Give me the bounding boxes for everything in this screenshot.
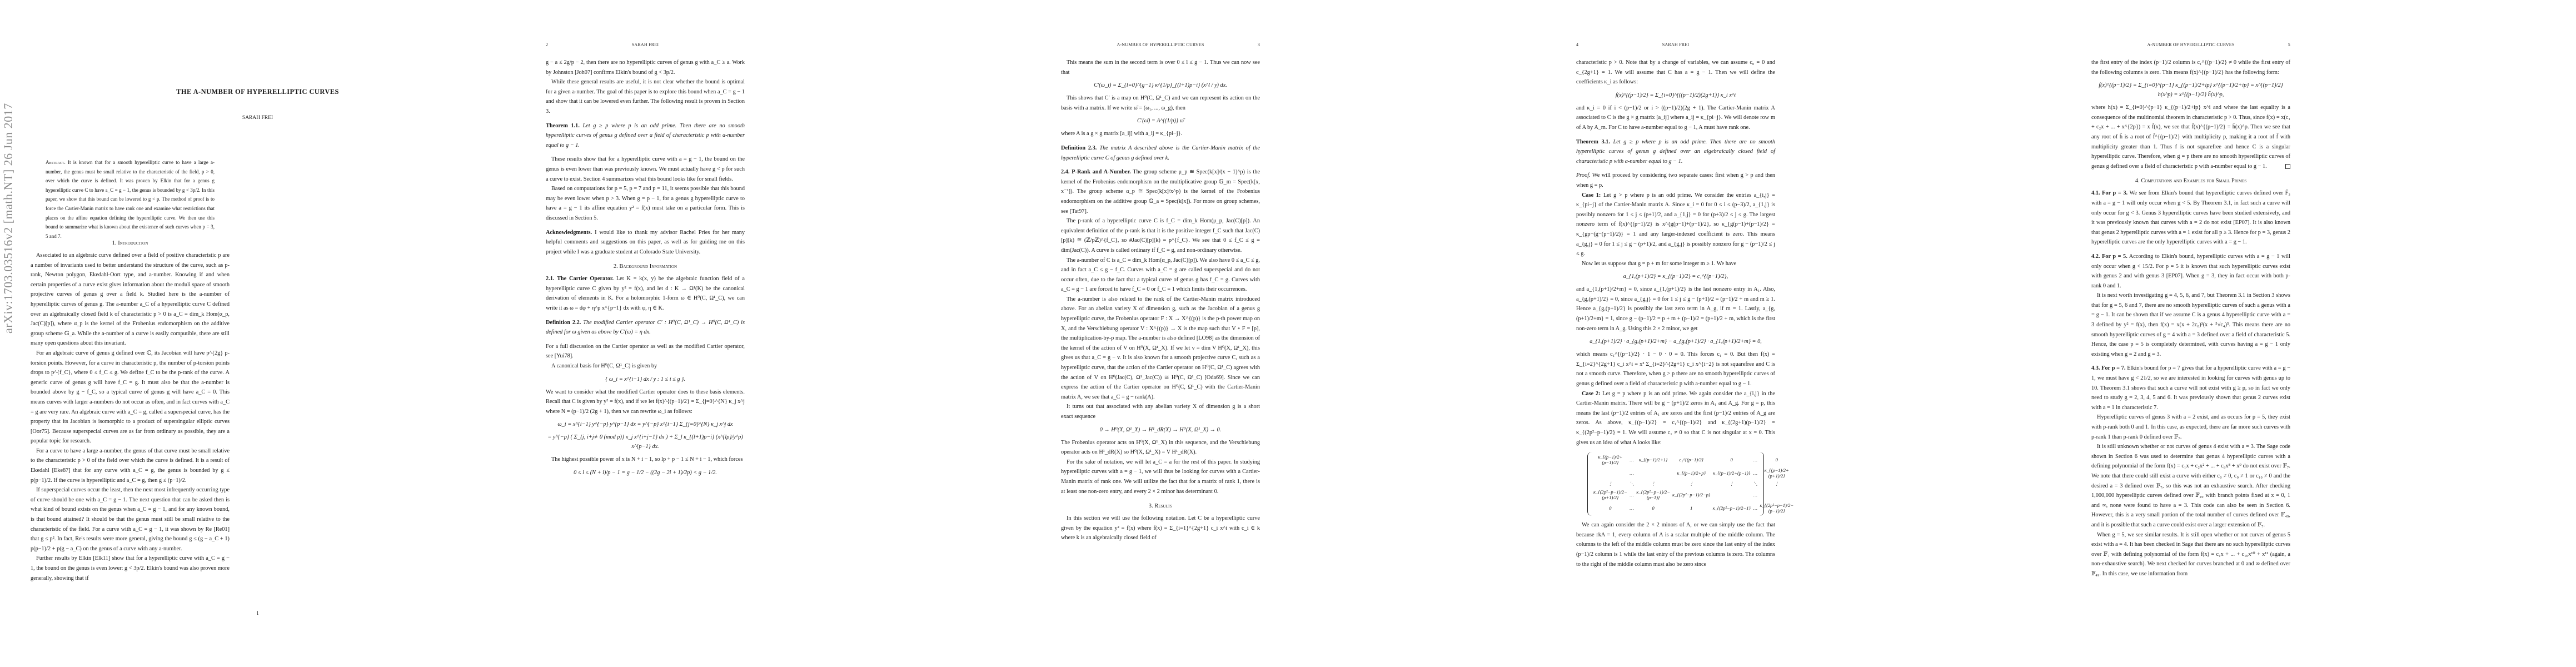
arxiv-stamp[interactable]: arXiv:1703.03516v2 [math.NT] 26 Jun 2017 — [1, 103, 16, 333]
matrix-cell: κ_{(p−1)/2+p} — [1671, 466, 1711, 480]
matrix-cell: 0 — [1592, 501, 1628, 515]
matrix-cell — [1711, 488, 1751, 501]
equation-exact-sequence: 0 → H⁰(X, Ω¹_X) → H¹_dR(X) → H⁰(X, Ω¹_X)… — [1061, 425, 1260, 435]
paragraph: the first entry of the index (p−1)/2 col… — [2091, 58, 2290, 77]
equation-cartier-action: C′(ω_i) = Σ_{l=0}^{g−1} κ^{1/p}_{(l+1)p−… — [1061, 81, 1260, 90]
matrix-row: …κ_{(p−1)/2+p}κ_{(p−1)/2+(p−1)}…κ_{(p−1)… — [1592, 466, 1795, 480]
definition-2-2: Definition 2.2. The modified Cartier ope… — [546, 318, 745, 337]
matrix-row: κ_{(p−1)/2+(p−1)/2}…κ_{(p−1)/2+1}c₁^{(p−… — [1592, 453, 1795, 466]
page-number: 3 — [1258, 42, 1260, 47]
theorem-3-1: Theorem 3.1. Let g ≥ p where p is an odd… — [1576, 137, 1775, 167]
page-3-body: This means the sum in the second term is… — [1061, 58, 1260, 543]
paragraph: where h(x) = Σ_{i=0}^{p−1} κ_{(p−1)/2+ip… — [2091, 103, 2290, 171]
subsection-label: 4.3. For p = 7. — [2091, 365, 2125, 371]
equation-bound-l: 0 ≤ l ≤ (N + i)/p − 1 = g − 1/2 − ((2g −… — [546, 468, 745, 477]
matrix-row: κ_{(2p²−p−1)/2−(p+1)/2}…κ_{(2p²−p−1)/2−(… — [1592, 488, 1795, 501]
page-1-body: 1. Introduction Associated to an algebra… — [31, 233, 230, 583]
proof-text: We will proceed by considering two separ… — [1576, 172, 1775, 188]
paragraph: When g = 5, we see similar results. It i… — [2091, 530, 2290, 579]
running-title: SARAH FREI — [546, 42, 745, 47]
paragraph: In this section we will use the followin… — [1061, 514, 1260, 543]
running-title: SARAH FREI — [1576, 42, 1775, 47]
matrix-cell: c₁^{(p−1)/2} — [1671, 453, 1711, 466]
paragraph: characteristic p > 0. Note that by a cha… — [1576, 58, 1775, 87]
case-label: Case 2: — [1582, 391, 1601, 397]
paragraph-text: where h(x) = Σ_{i=0}^{p−1} κ_{(p−1)/2+ip… — [2091, 104, 2290, 170]
matrix-cell: 1 — [1671, 501, 1711, 515]
page-2: 2 SARAH FREI g − a ≤ 2g/p − 2, then ther… — [515, 0, 1030, 667]
section-heading-computations: 4. Computations and Examples for Small P… — [2091, 178, 2290, 184]
equation-kappa-def: f(x)^{(p−1)/2} = Σ_{i=0}^{((p−1)/2)(2g+1… — [1576, 91, 1775, 100]
paragraph: We can again consider the 2 × 2 minors o… — [1576, 520, 1775, 569]
subsection-4-3: 4.3. For p = 7. Elkin's bound for p = 7 … — [2091, 364, 2290, 412]
acknowledgments: Acknowledgments. I would like to thank m… — [546, 228, 745, 257]
paragraph: If superspecial curves occur the least, … — [31, 485, 230, 554]
page-4-body: characteristic p > 0. Note that by a cha… — [1576, 58, 1775, 569]
section-heading-background: 2. Background Information — [546, 263, 745, 270]
running-head: 4 SARAH FREI — [1576, 42, 1775, 50]
matrix-cell: 0 — [1635, 501, 1671, 515]
running-title: A-NUMBER OF HYPERELLIPTIC CURVES — [2091, 42, 2290, 47]
matrix-cell: ⋮ — [1711, 480, 1751, 488]
page-1: arXiv:1703.03516v2 [math.NT] 26 Jun 2017… — [0, 0, 515, 667]
matrix-cell: ⋱ — [1752, 480, 1759, 488]
abstract-label: Abstract. — [46, 160, 66, 165]
paragraph: which means c₁^{(p−1)/2} · 1 − 0 · 0 = 0… — [1576, 350, 1775, 389]
equation-omega-line-1: ω_i = x^{i−1} y^{−p} y^{p−1} dx = y^{−p}… — [546, 420, 745, 429]
matrix-table: κ_{(p−1)/2+(p−1)/2}…κ_{(p−1)/2+1}c₁^{(p−… — [1592, 453, 1795, 515]
paragraph: The a-number is also related to the rank… — [1061, 295, 1260, 402]
matrix-cell — [1592, 466, 1628, 480]
paper-author: SARAH FREI — [0, 115, 515, 121]
subsection-cartier: 2.1. The Cartier Operator. Let K = k(x, … — [546, 274, 745, 313]
paragraph: For the sake of notation, we will let a_… — [1061, 457, 1260, 496]
theorem-1-1: Theorem 1.1. Let g ≥ p where p is an odd… — [546, 121, 745, 151]
matrix-cell: ⋮ — [1592, 480, 1628, 488]
paragraph: While these general results are useful, … — [546, 77, 745, 116]
subsection-label: 2.4. P-Rank and A-Number. — [1061, 169, 1131, 175]
proof-label: Proof. — [1576, 172, 1591, 178]
matrix-cell: … — [1752, 466, 1759, 480]
subsection-4-1: 4.1. For p = 3. We see from Elkin's boun… — [2091, 188, 2290, 247]
qed-icon — [2285, 164, 2290, 169]
equation-minor: a_{1,(p+1)/2} · a_{g,(p+1)/2+m} − a_{g,(… — [1576, 337, 1775, 346]
paragraph: It turns out that associated with any ab… — [1061, 402, 1260, 421]
definition-label: Definition 2.2. — [546, 320, 581, 326]
abstract-text: It is known that for a smooth hyperellip… — [46, 160, 215, 239]
case-label: Case 1: — [1582, 192, 1601, 198]
matrix-row: ⋮⋱⋮⋮⋮⋱⋮ — [1592, 480, 1795, 488]
paragraph: A canonical basis for H⁰(C, Ω¹_C) is giv… — [546, 361, 745, 371]
paragraph: These results show that for a hyperellip… — [546, 155, 745, 184]
ack-label: Acknowledgments. — [546, 230, 592, 236]
matrix-cell: … — [1628, 466, 1636, 480]
matrix-cell: κ_{(2p²−p−1)/2−p} — [1671, 488, 1711, 501]
paragraph: For a full discussion on the Cartier ope… — [546, 342, 745, 361]
matrix-cell: 0 — [1711, 453, 1751, 466]
case-text: Let g > p where p is an odd prime. We co… — [1576, 192, 1775, 257]
paragraph: g − a ≤ 2g/p − 2, then there are no hype… — [546, 58, 745, 77]
matrix-cell — [1758, 488, 1795, 501]
page-3: A-NUMBER OF HYPERELLIPTIC CURVES 3 This … — [1030, 0, 1546, 667]
paragraph: It is next worth investigating g = 4, 5,… — [2091, 291, 2290, 359]
theorem-label: Theorem 3.1. — [1576, 139, 1610, 145]
case-text: Let g = p where p is an odd prime. We ag… — [1576, 391, 1775, 446]
paragraph: Further results by Elkin [Elk11] show th… — [31, 554, 230, 583]
running-head: A-NUMBER OF HYPERELLIPTIC CURVES 5 — [2091, 42, 2290, 50]
paragraph: Based on computations for p = 5, p = 7 a… — [546, 184, 745, 223]
case-1: Case 1: Let g > p where p is an odd prim… — [1576, 191, 1775, 259]
paper-title: THE A-NUMBER OF HYPERELLIPTIC CURVES — [0, 88, 515, 96]
running-head: A-NUMBER OF HYPERELLIPTIC CURVES 3 — [1061, 42, 1260, 50]
subsection-text: The group scheme μ_p ≅ Spec(k[x]/(x − 1)… — [1061, 169, 1260, 214]
matrix-cell — [1635, 466, 1671, 480]
section-heading-results: 3. Results — [1061, 503, 1260, 509]
page-number: 5 — [2288, 42, 2290, 47]
paragraph: For a curve to have a large a-number, th… — [31, 446, 230, 485]
matrix-cell: κ_{(p−1)/2+(p+1)/2} — [1758, 466, 1795, 480]
matrix-cell: … — [1628, 453, 1636, 466]
equation-f-form: f(x)^{(p−1)/2} = Σ_{i=0}^{p−1} κ_{(p−1)/… — [2091, 81, 2290, 99]
subsection-label: 2.1. The Cartier Operator. — [546, 276, 614, 282]
matrix-cell: ⋮ — [1758, 480, 1795, 488]
paragraph: The a-number of C is a_C = dim_k Hom(α_p… — [1061, 256, 1260, 295]
paragraph: and κ_i = 0 if i < (p−1)/2 or i > ((p−1)… — [1576, 103, 1775, 133]
matrix-cell: κ_{(2p²−p−1)/2−(p−1)} — [1635, 488, 1671, 501]
paragraph: This means the sum in the second term is… — [1061, 58, 1260, 77]
paragraph: Hyperelliptic curves of genus 3 with a =… — [2091, 412, 2290, 442]
matrix-cell: κ_{(p−1)/2+(p−1)} — [1711, 466, 1751, 480]
paragraph: The Frobenius operator acts on H⁰(X, Ω¹_… — [1061, 438, 1260, 457]
subsection-text: Elkin's bound for p = 7 gives that for a… — [2091, 365, 2290, 410]
equation-a1: a_{1,(p+1)/2} = κ_{(p−1)/2} = c₁^{(p−1)/… — [1576, 272, 1775, 281]
paragraph: and a_{1,(p+1)/2+m} = 0, since a_{1,(p+1… — [1576, 285, 1775, 333]
matrix-cell: ⋮ — [1671, 480, 1711, 488]
matrix-row: 0…01κ_{(2p²−p−1)/2−1}…κ_{(2p²−p−1)/2−(p−… — [1592, 501, 1795, 515]
paragraph: Now let us suppose that g = p + m for so… — [1576, 259, 1775, 269]
matrix-cell: κ_{(2p²−p−1)/2−1} — [1711, 501, 1751, 515]
paragraph: The p-rank of a hyperelliptic curve C is… — [1061, 216, 1260, 255]
matrix-cell: … — [1628, 501, 1636, 515]
proof: Proof. We will proceed by considering tw… — [1576, 171, 1775, 190]
page-5: A-NUMBER OF HYPERELLIPTIC CURVES 5 the f… — [2061, 0, 2576, 667]
subsection-4-2: 4.2. For p = 5. According to Elkin's bou… — [2091, 252, 2290, 291]
subsection-prank: 2.4. P-Rank and A-Number. The group sche… — [1061, 167, 1260, 216]
paragraph: Associated to an algebraic curve defined… — [31, 251, 230, 349]
matrix-cell: κ_{(2p²−p−1)/2−(p+1)/2} — [1592, 488, 1628, 501]
matrix-cell: … — [1628, 488, 1636, 501]
abstract: Abstract. It is known that for a smooth … — [46, 158, 215, 241]
definition-2-3: Definition 2.3. The matrix A described a… — [1061, 143, 1260, 163]
matrix-cell: κ_{(p−1)/2+(p−1)/2} — [1592, 453, 1628, 466]
paragraph: We want to consider what the modified Ca… — [546, 387, 745, 417]
case-2: Case 2: Let g = p where p is an odd prim… — [1576, 389, 1775, 448]
page-number: 1 — [0, 610, 515, 616]
page-4: 4 SARAH FREI characteristic p > 0. Note … — [1546, 0, 2061, 667]
page-5-body: the first entry of the index (p−1)/2 col… — [2091, 58, 2290, 579]
matrix-cell: ⋮ — [1635, 480, 1671, 488]
matrix-cell: 0 — [1758, 453, 1795, 466]
definition-label: Definition 2.3. — [1061, 145, 1097, 151]
paragraph: The highest possible power of x is N + i… — [546, 455, 745, 465]
paragraph: where A is a g × g matrix [a_ij] with a_… — [1061, 129, 1260, 139]
paragraph: It is still unknown whether or not curve… — [2091, 442, 2290, 530]
running-head: 2 SARAH FREI — [546, 42, 745, 50]
matrix-cell: … — [1752, 488, 1759, 501]
equation-basis: { ω_i = x^{i−1} dx / y : 1 ≤ i ≤ g }. — [546, 375, 745, 384]
cartier-manin-matrix: κ_{(p−1)/2+(p−1)/2}…κ_{(p−1)/2+1}c₁^{(p−… — [1587, 452, 1764, 516]
section-heading-introduction: 1. Introduction — [31, 240, 230, 246]
matrix-cell: … — [1752, 501, 1759, 515]
paragraph: For an algebraic curve of genus g define… — [31, 349, 230, 446]
equation-omega-line-2: = y^{−p} ( Σ_{j, i+j≢0 (mod p)} κ_j x^{i… — [546, 432, 745, 451]
subsection-label: 4.2. For p = 5. — [2091, 253, 2127, 260]
running-title: A-NUMBER OF HYPERELLIPTIC CURVES — [1061, 42, 1260, 47]
equation-matrix-form: C′(ω̄) = A^{(1/p)} ω̄ — [1061, 116, 1260, 126]
subsection-label: 4.1. For p = 3. — [2091, 190, 2127, 196]
matrix-cell: … — [1752, 453, 1759, 466]
paragraph: This shows that C′ is a map on H⁰(C, Ω¹_… — [1061, 93, 1260, 113]
matrix-cell: κ_{(2p²−p−1)/2−(p−1)/2} — [1758, 501, 1795, 515]
subsection-text: We see from Elkin's bound that hyperelli… — [2091, 190, 2290, 245]
theorem-label: Theorem 1.1. — [546, 123, 580, 129]
matrix-cell: κ_{(p−1)/2+1} — [1635, 453, 1671, 466]
matrix-cell: ⋱ — [1628, 480, 1636, 488]
page-2-body: g − a ≤ 2g/p − 2, then there are no hype… — [546, 58, 745, 481]
